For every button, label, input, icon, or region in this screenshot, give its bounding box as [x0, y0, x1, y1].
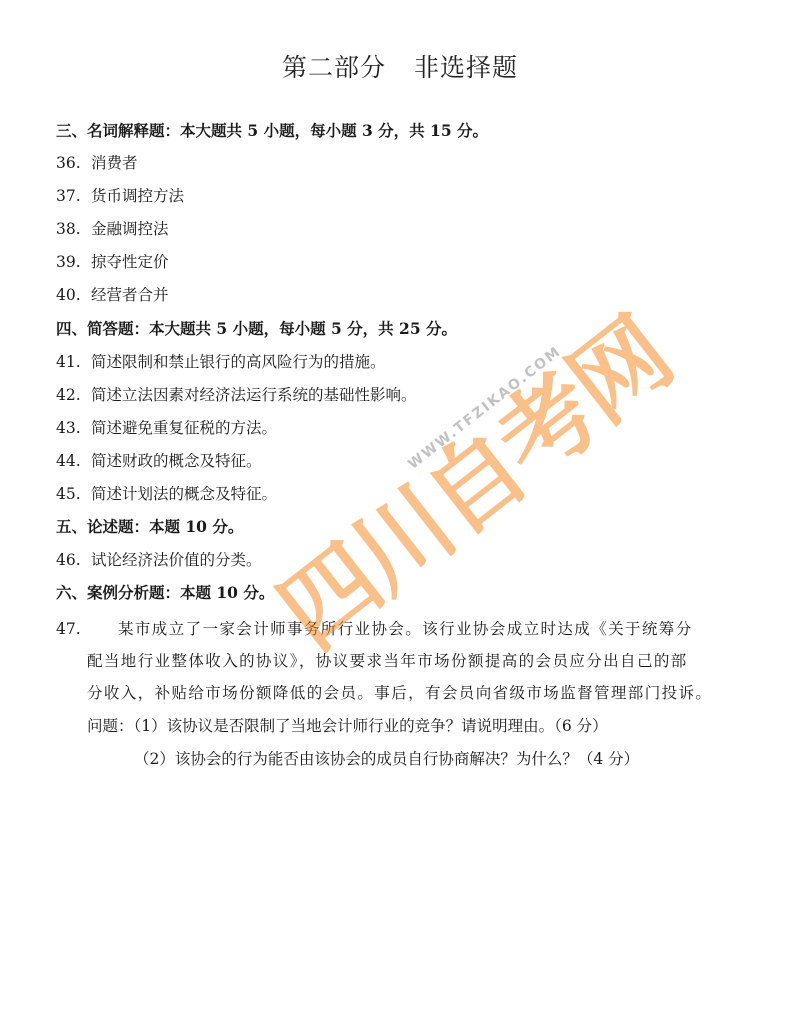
question-item: 40. 经营者合并: [56, 285, 168, 305]
question-text: 简述财政的概念及特征。: [91, 452, 262, 470]
question-item: 38. 金融调控法: [56, 219, 168, 239]
case-text-line: 某市成立了一家会计师事务所行业协会。该行业协会成立时达成《关于统筹分: [118, 619, 693, 639]
question-item: 43. 简述避免重复征税的方法。: [56, 418, 277, 438]
question-item: 39. 掠夺性定价: [56, 252, 168, 272]
question-number: 42.: [56, 385, 86, 405]
question-item: 42. 简述立法因素对经济法运行系统的基础性影响。: [56, 385, 416, 405]
section-heading-essay: 五、论述题：本题 10 分。: [56, 517, 243, 537]
case-text-line: 分收入，补贴给市场份额降低的会员。事后，有会员向省级市场监督管理部门投诉。: [87, 683, 712, 703]
question-number: 40.: [56, 285, 86, 305]
question-item: 41. 简述限制和禁止银行的高风险行为的措施。: [56, 352, 385, 372]
question-number: 45.: [56, 484, 86, 504]
question-number: 41.: [56, 352, 86, 372]
watermark: WWW.TFZIKAO.COM 四川自考网: [240, 330, 620, 660]
question-item: 45. 简述计划法的概念及特征。: [56, 484, 277, 504]
title-part1: 第二部分: [282, 53, 386, 82]
page-title: 第二部分非选择题: [0, 48, 800, 84]
section-heading-definitions: 三、名词解释题：本大题共 5 小题，每小题 3 分，共 15 分。: [56, 121, 488, 141]
question-number: 36.: [56, 153, 86, 173]
question-number: 39.: [56, 252, 86, 272]
question-text: 消费者: [91, 154, 138, 172]
case-question-1: 问题：（1）该协议是否限制了当地会计师行业的竞争？请说明理由。（6 分）: [87, 716, 608, 736]
question-number: 44.: [56, 451, 86, 471]
question-number: 38.: [56, 219, 86, 239]
question-item: 37. 货币调控方法: [56, 186, 184, 206]
watermark-url: WWW.TFZIKAO.COM: [405, 343, 564, 472]
question-text: 简述限制和禁止银行的高风险行为的措施。: [91, 353, 386, 371]
question-item: 44. 简述财政的概念及特征。: [56, 451, 261, 471]
section-heading-case-analysis: 六、案例分析题：本题 10 分。: [56, 583, 274, 603]
question-text: 简述立法因素对经济法运行系统的基础性影响。: [91, 386, 417, 404]
question-item: 36. 消费者: [56, 153, 137, 173]
question-text: 经营者合并: [91, 286, 169, 304]
question-number: 37.: [56, 186, 86, 206]
question-item: 46. 试论经济法价值的分类。: [56, 550, 261, 570]
question-text: 试论经济法价值的分类。: [91, 551, 262, 569]
question-text: 简述计划法的概念及特征。: [91, 485, 277, 503]
case-text-line: 配当地行业整体收入的协议》，协议要求当年市场份额提高的会员应分出自己的部: [87, 651, 688, 671]
case-question-2: （2）该协会的行为能否由该协会的成员自行协商解决？为什么？（4 分）: [134, 749, 639, 769]
question-text: 简述避免重复征税的方法。: [91, 419, 277, 437]
question-number: 43.: [56, 418, 86, 438]
section-heading-short-answer: 四、简答题：本大题共 5 小题，每小题 5 分，共 25 分。: [56, 319, 457, 339]
question-text: 货币调控方法: [91, 187, 184, 205]
title-part2: 非选择题: [414, 53, 518, 82]
exam-page: 第二部分非选择题 三、名词解释题：本大题共 5 小题，每小题 3 分，共 15 …: [0, 0, 800, 1011]
case-number: 47.: [56, 619, 81, 639]
question-number: 46.: [56, 550, 86, 570]
watermark-logo-text: 四川自考网: [247, 283, 694, 674]
question-text: 掠夺性定价: [91, 253, 169, 271]
question-text: 金融调控法: [91, 220, 169, 238]
